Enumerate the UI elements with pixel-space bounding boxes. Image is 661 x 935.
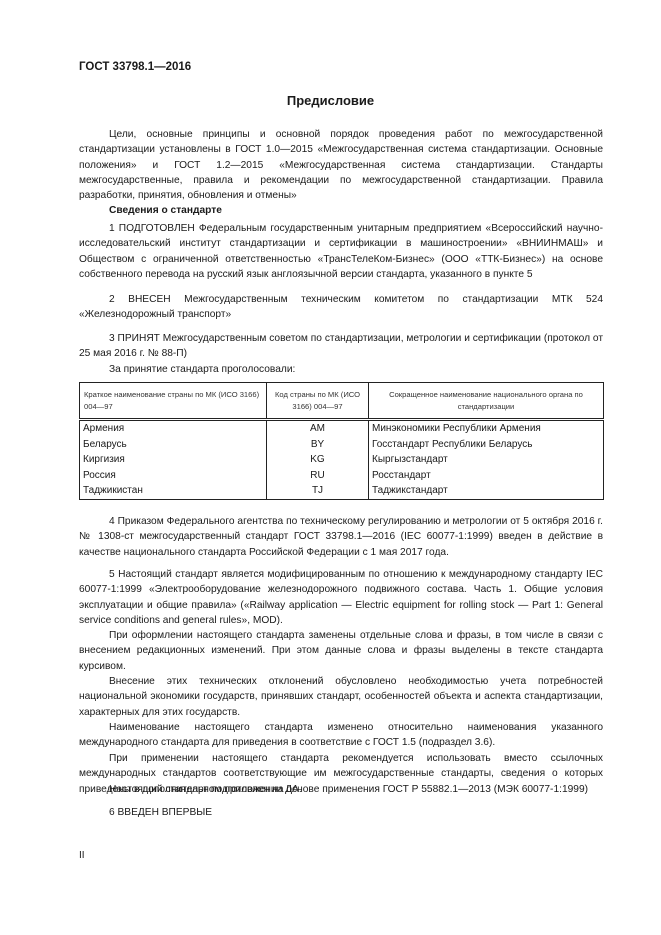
table-caption: За принятие стандарта проголосовали: xyxy=(109,364,295,375)
column-header-body: Сокращенное наименование национального о… xyxy=(369,383,604,420)
item-4-paragraph: 4 Приказом Федерального агентства по тех… xyxy=(79,514,603,560)
item-5-note-a: При оформлении настоящего стандарта заме… xyxy=(79,628,603,674)
table-row: Киргизия KG Кыргызстандарт xyxy=(80,452,604,468)
item-5-paragraph: 5 Настоящий стандарт является модифициро… xyxy=(79,567,603,628)
code-cell: KG xyxy=(267,452,369,468)
body-cell: Росстандарт xyxy=(369,468,604,484)
country-cell: Киргизия xyxy=(80,452,267,468)
section-heading: Сведения о стандарте xyxy=(79,203,603,218)
body-cell: Госстандарт Республики Беларусь xyxy=(369,437,604,453)
body-cell: Таджикстандарт xyxy=(369,483,604,499)
item-5-note-e: Настоящий стандарт подготовлен на основе… xyxy=(79,782,603,797)
item-2-paragraph: 2 ВНЕСЕН Межгосударственным техническим … xyxy=(79,292,603,323)
intro-paragraph: Цели, основные принципы и основной поряд… xyxy=(79,127,603,203)
body-cell: Минэкономики Республики Армения xyxy=(369,420,604,437)
body-cell: Кыргызстандарт xyxy=(369,452,604,468)
code-cell: BY xyxy=(267,437,369,453)
table-row: Армения AM Минэкономики Республики Армен… xyxy=(80,420,604,437)
item-5-note-c: Наименование настоящего стандарта измене… xyxy=(79,720,603,751)
code-cell: RU xyxy=(267,468,369,484)
voting-table: Краткое наименование страны по МК (ИСО 3… xyxy=(79,382,604,500)
item-6-paragraph: 6 ВВЕДЕН ВПЕРВЫЕ xyxy=(79,805,603,820)
item-5-note-b: Внесение этих технических отклонений обу… xyxy=(79,674,603,720)
table-row: Беларусь BY Госстандарт Республики Белар… xyxy=(80,437,604,453)
country-cell: Беларусь xyxy=(80,437,267,453)
country-cell: Армения xyxy=(80,420,267,437)
table-row: Таджикистан TJ Таджикстандарт xyxy=(80,483,604,499)
document-id: ГОСТ 33798.1—2016 xyxy=(79,61,191,73)
country-cell: Таджикистан xyxy=(80,483,267,499)
table-header-row: Краткое наименование страны по МК (ИСО 3… xyxy=(80,383,604,420)
page-title: Предисловие xyxy=(0,93,661,108)
column-header-country: Краткое наименование страны по МК (ИСО 3… xyxy=(80,383,267,420)
item-1-paragraph: 1 ПОДГОТОВЛЕН Федеральным государственны… xyxy=(79,221,603,282)
code-cell: TJ xyxy=(267,483,369,499)
item-3-paragraph: 3 ПРИНЯТ Межгосударственным советом по с… xyxy=(79,331,603,362)
table-row: Россия RU Росстандарт xyxy=(80,468,604,484)
column-header-code: Код страны по МК (ИСО 3166) 004—97 xyxy=(267,383,369,420)
code-cell: AM xyxy=(267,420,369,437)
page-number: II xyxy=(79,850,85,861)
country-cell: Россия xyxy=(80,468,267,484)
